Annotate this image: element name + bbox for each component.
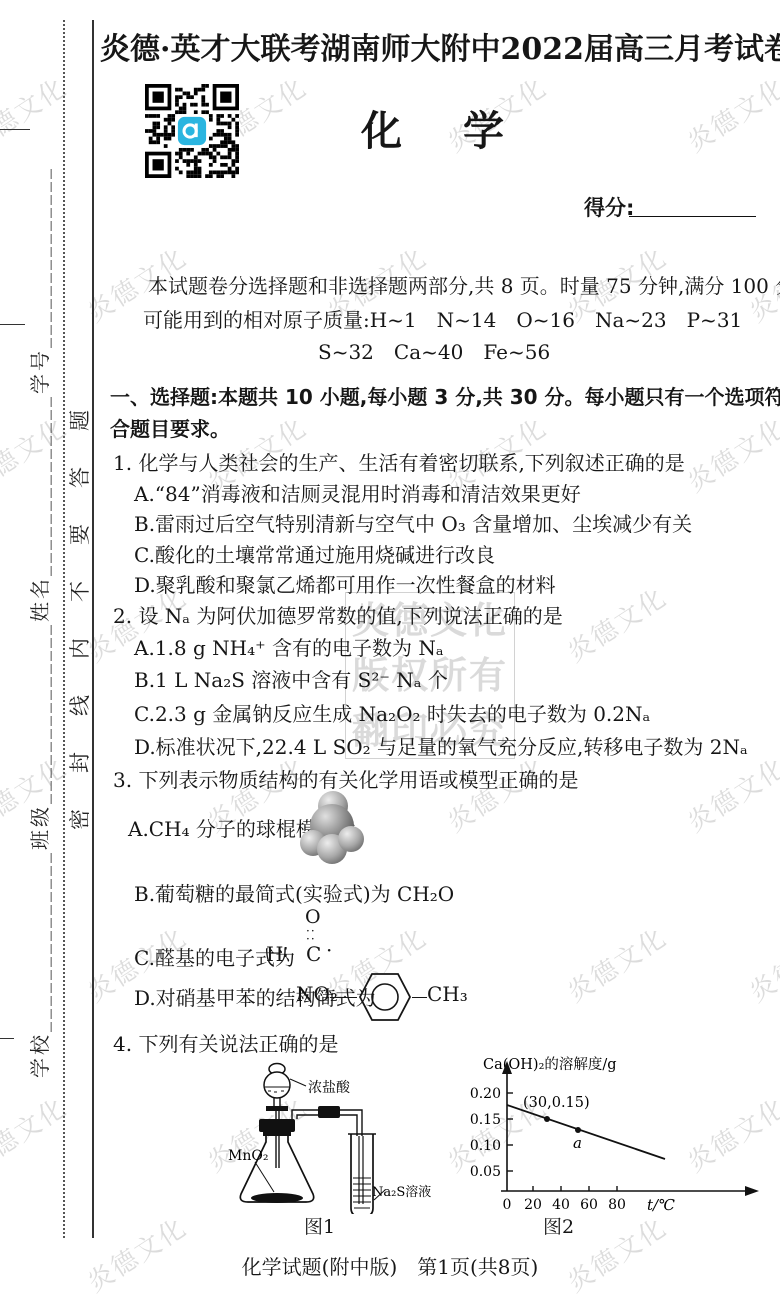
chart-y-axis-title: Ca(OH)₂的溶解度/g — [483, 1055, 617, 1073]
y-tick-label: 0.10 — [470, 1138, 501, 1154]
score-label: 得分: — [584, 192, 634, 222]
score-blank-line — [629, 194, 756, 217]
y-tick-label: 0.20 — [470, 1086, 501, 1102]
seal-line-notice: 密封线内不要答题 — [64, 362, 94, 830]
figure2-chart: Ca(OH)₂的溶解度/g 0.20 0.15 0.10 0.05 0 20 4… — [455, 1053, 775, 1218]
x-tick-label: 20 — [524, 1197, 542, 1213]
question2-option-c: C.2.3 g 金属钠反应生成 Na₂O₂ 时失去的电子数为 0.2Nₐ — [134, 698, 650, 727]
atomic-mass-line2: S~32 Ca~40 Fe~56 — [318, 336, 550, 365]
x-tick-label: 60 — [580, 1197, 598, 1213]
watermark-text: 炎德文化 — [741, 917, 780, 1009]
watermark-text: 炎德文化 — [439, 747, 553, 839]
exam-title: 炎德·英才大联考湖南师大附中2022届高三月考试卷(四) — [100, 24, 770, 68]
edge-fold-mark — [0, 1038, 14, 1039]
nitro-group-label: NO₂ — [296, 982, 338, 1006]
watermark-text: 炎德文化 — [559, 917, 673, 1009]
x-tick-label: 0 — [503, 1197, 512, 1213]
question2-option-b: B.1 L Na₂S 溶液中含有 S²⁻ Nₐ 个 — [134, 664, 448, 693]
bond-line — [330, 997, 357, 998]
question1-option-d: D.聚乳酸和聚氯乙烯都可用作一次性餐盒的材料 — [134, 569, 556, 598]
figure1-caption: 图1 — [304, 1212, 335, 1239]
atomic-mass-line: 可能用到的相对原子质量:H~1 N~14 O~16 Na~23 P~31 — [143, 304, 742, 333]
molecule-sphere — [338, 826, 364, 852]
edge-fold-mark — [0, 324, 25, 325]
x-tick-label: 40 — [552, 1197, 570, 1213]
figure1-acid-label: 浓盐酸 — [308, 1079, 351, 1096]
subject-title: 化 学 — [110, 98, 765, 157]
methyl-group-label: CH₃ — [427, 982, 468, 1006]
watermark-text: 炎德文化 — [679, 747, 780, 839]
figure1-apparatus: 浓盐酸 MnO₂ Na₂S溶液 — [222, 1062, 434, 1214]
question2-option-a: A.1.8 g NH₄⁺ 含有的电子数为 Nₐ — [134, 632, 444, 661]
page-footer: 化学试题(附中版) 第1页(共8页) — [0, 1251, 780, 1280]
watermark-text: 炎德文化 — [679, 407, 780, 499]
chart-point-a-label: a — [573, 1134, 582, 1152]
figure2-caption: 图2 — [543, 1212, 574, 1239]
question1-option-c: C.酸化的土壤常常通过施用烧碱进行改良 — [134, 539, 495, 568]
question1-option-b: B.雷雨过后空气特别清新与空气中 O₃ 含量增加、尘埃减少有关 — [134, 508, 692, 537]
y-tick-label: 0.15 — [470, 1112, 501, 1128]
watermark-text: 炎德文化 — [559, 577, 673, 669]
question1-option-a: A.“84”消毒液和洁厕灵混用时消毒和清洁效果更好 — [134, 478, 581, 507]
y-tick-label: 0.05 — [470, 1164, 501, 1180]
section1-heading-line1: 一、选择题:本题共 10 小题,每小题 3 分,共 30 分。每小题只有一个选项… — [110, 381, 780, 410]
x-tick-label: 80 — [608, 1197, 626, 1213]
student-info-fields: 学校______________班级______________姓名______… — [24, 120, 53, 1078]
figure1-mno2-label: MnO₂ — [228, 1148, 268, 1164]
question1-stem: 1. 化学与人类社会的生产、生活有着密切联系,下列叙述正确的是 — [113, 447, 685, 476]
section1-heading-line2: 合题目要求。 — [110, 413, 230, 442]
electron-formula-colon: ∶ — [283, 940, 288, 964]
bond-line — [412, 997, 427, 998]
question2-stem: 2. 设 Nₐ 为阿伏加德罗常数的值,下列说法正确的是 — [113, 600, 563, 629]
intro-line: 本试题卷分选择题和非选择题两部分,共 8 页。时量 75 分钟,满分 100 分… — [148, 270, 780, 299]
question2-option-d: D.标准状况下,22.4 L SO₂ 与足量的氧气充分反应,转移电子数为 2Nₐ — [134, 731, 748, 760]
electron-formula-bond-dots: ·· — [306, 933, 316, 945]
electron-formula-h: H — [266, 942, 283, 966]
question4-stem: 4. 下列有关说法正确的是 — [113, 1028, 338, 1057]
question3-option-b: B.葡萄糖的最简式(实验式)为 CH₂O — [134, 878, 454, 907]
chart-x-axis-title: t/℃ — [647, 1196, 675, 1214]
electron-formula-radical: · — [326, 938, 332, 962]
benzene-ring — [356, 969, 414, 1025]
figure1-na2s-label: Na₂S溶液 — [372, 1184, 431, 1200]
ch4-space-filling-model — [300, 786, 364, 864]
chart-point-label: (30,0.15) — [523, 1095, 590, 1111]
